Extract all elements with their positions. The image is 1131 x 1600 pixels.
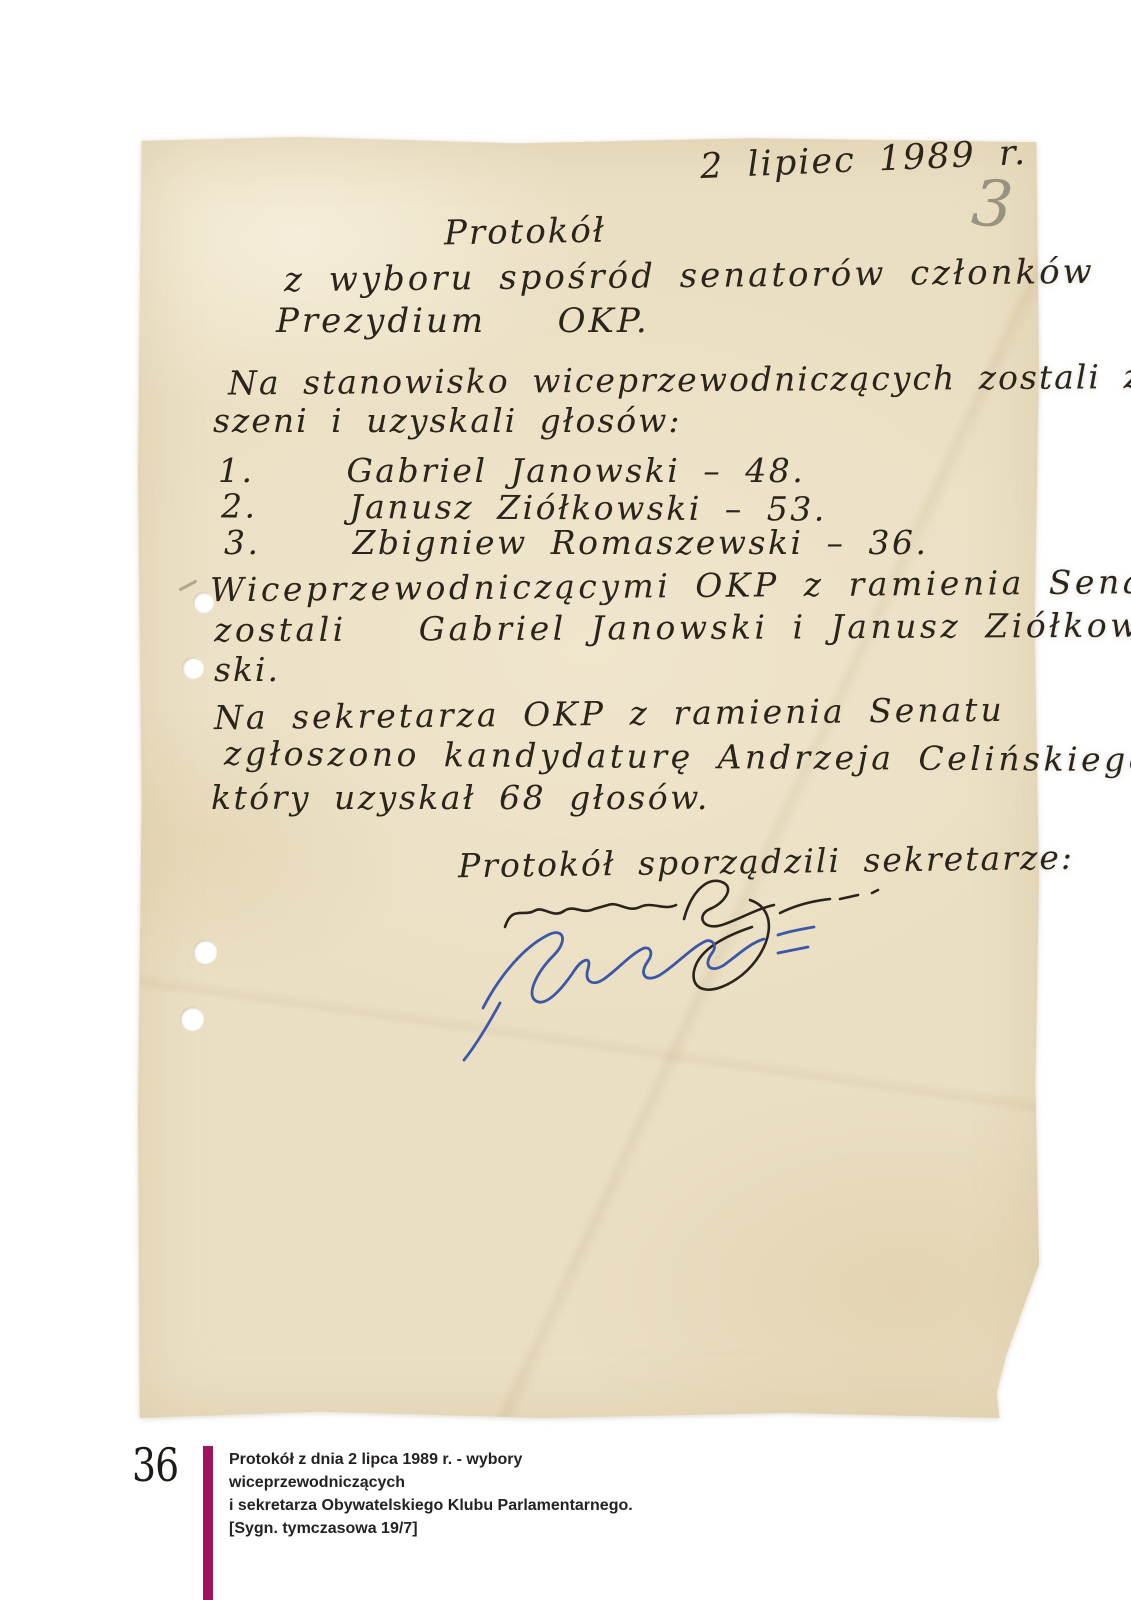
paragraph-line: który uzyskał 68 głosów. xyxy=(211,778,710,817)
document-subtitle: Prezydium OKP. xyxy=(276,301,650,341)
paragraph-line: Na sekretarza OKP z ramienia Senatu xyxy=(214,690,1005,737)
signature-blue-ink xyxy=(464,927,814,1060)
paragraph-line: szeni i uzyskali głosów: xyxy=(213,401,682,440)
punch-hole xyxy=(182,657,204,679)
document-subtitle: z wyboru spośród senatorów członków xyxy=(284,252,1095,300)
punch-hole xyxy=(193,940,217,964)
vote-list-item: 3. Zbigniew Romaszewski – 36. xyxy=(224,523,928,562)
pencil-page-number: 3 xyxy=(969,166,1016,243)
signatures xyxy=(440,855,940,1085)
vote-list-item: 1. Gabriel Janowski – 48. xyxy=(218,451,805,490)
caption-line: Protokół z dnia 2 lipca 1989 r. - wybory… xyxy=(229,1448,689,1494)
caption-line: i sekretarza Obywatelskiego Klubu Parlam… xyxy=(229,1494,689,1517)
caption: Protokół z dnia 2 lipca 1989 r. - wybory… xyxy=(229,1448,689,1540)
paragraph-line: zostali Gabriel Janowski i Janusz Ziółko… xyxy=(214,606,1131,650)
paragraph-line: ski. xyxy=(214,650,280,689)
scanned-document: 2 lipiec 1989 r. 3 Protokół z wyboru spo… xyxy=(0,0,1131,1600)
book-page-number: 36 xyxy=(132,1438,178,1492)
paragraph-line: Na stanowisko wiceprzewodniczących zosta… xyxy=(228,357,1131,403)
paragraph-line: Wiceprzewodniczącymi OKP z ramienia Sena… xyxy=(210,562,1131,610)
punch-hole xyxy=(180,1007,204,1031)
paragraph-line: zgłoszono kandydaturę Andrzeja Celińskie… xyxy=(224,734,1131,779)
document-title: Protokół xyxy=(444,211,607,254)
caption-line: [Sygn. tymczasowa 19/7] xyxy=(229,1517,689,1540)
caption-accent-bar xyxy=(203,1446,213,1600)
